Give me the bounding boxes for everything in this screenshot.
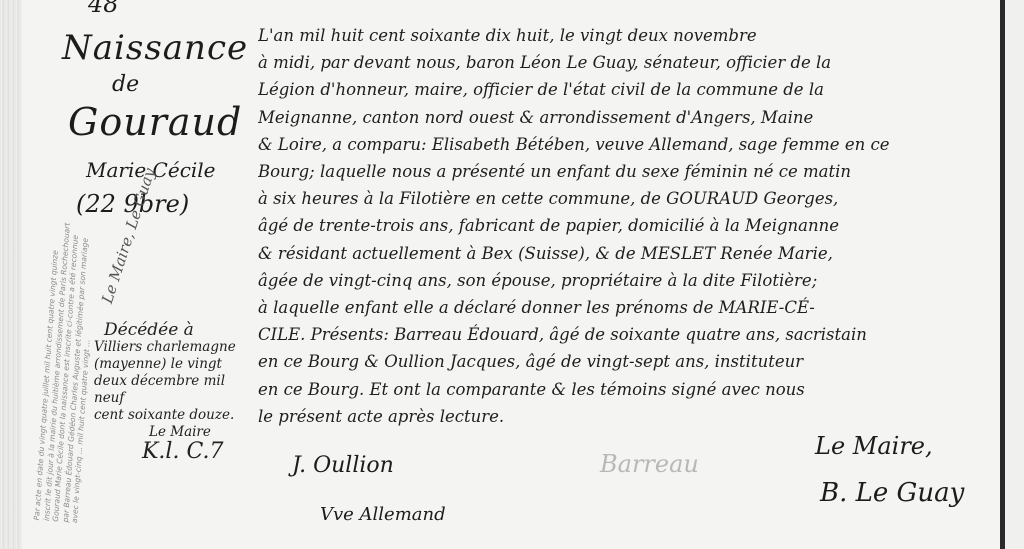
death-note-line: deux décembre mil neuf: [94, 373, 254, 407]
mayor-label: Le Maire,: [815, 432, 933, 460]
margin-de: de: [112, 72, 139, 97]
body-line: & Loire, a comparu: Elisabeth Bétében, v…: [258, 131, 998, 158]
signature-allemand: Vve Allemand: [320, 504, 446, 525]
body-line: à laquelle enfant elle a déclaré donner …: [258, 294, 998, 321]
margin-title: Naissance: [62, 28, 248, 68]
signature-barreau: Barreau: [600, 450, 699, 478]
signature-mayor: B. Le Guay: [820, 478, 964, 508]
body-line: CILE. Présents: Barreau Édouard, âgé de …: [258, 321, 998, 348]
act-number: 48: [88, 0, 119, 18]
signature-oullion: J. Oullion: [292, 453, 394, 478]
body-line: âgée de vingt-cinq ans, son épouse, prop…: [258, 267, 998, 294]
body-line: en ce Bourg. Et ont la comparante & les …: [258, 376, 998, 403]
faint-marginal-annotation: Par acte en date du vingt quatre juillet…: [32, 222, 100, 524]
death-annotation: Décédée à Villiers charlemagne (mayenne)…: [94, 322, 254, 460]
faint-marginal-signature: Le Maire, Le Guay: [98, 166, 159, 306]
body-line: le présent acte après lecture.: [258, 403, 998, 430]
page-binding-edge: [0, 0, 22, 549]
body-line: à midi, par devant nous, baron Léon Le G…: [258, 49, 998, 76]
body-line: Bourg; laquelle nous a présenté un enfan…: [258, 158, 998, 185]
document-page: 48 Naissance de Gouraud Marie Cécile (22…: [0, 0, 1024, 549]
body-line: L'an mil huit cent soixante dix huit, le…: [258, 22, 998, 49]
margin-surname: Gouraud: [68, 100, 242, 144]
death-note-line: Villiers charlemagne: [94, 339, 254, 356]
body-line: & résidant actuellement à Bex (Suisse), …: [258, 240, 998, 267]
body-line: Meignanne, canton nord ouest & arrondiss…: [258, 104, 998, 131]
death-note-line: cent soixante douze.: [94, 407, 254, 424]
adjacent-page-strip: [1005, 0, 1024, 549]
body-line: en ce Bourg & Oullion Jacques, âgé de vi…: [258, 348, 998, 375]
record-body: L'an mil huit cent soixante dix huit, le…: [258, 22, 998, 430]
death-note-line: Décédée à: [94, 322, 254, 339]
death-note-signature: K.l. C.7: [94, 443, 254, 460]
body-line: âgé de trente-trois ans, fabricant de pa…: [258, 212, 998, 239]
death-note-line: (mayenne) le vingt: [94, 356, 254, 373]
body-line: Légion d'honneur, maire, officier de l'é…: [258, 76, 998, 103]
body-line: à six heures à la Filotière en cette com…: [258, 185, 998, 212]
